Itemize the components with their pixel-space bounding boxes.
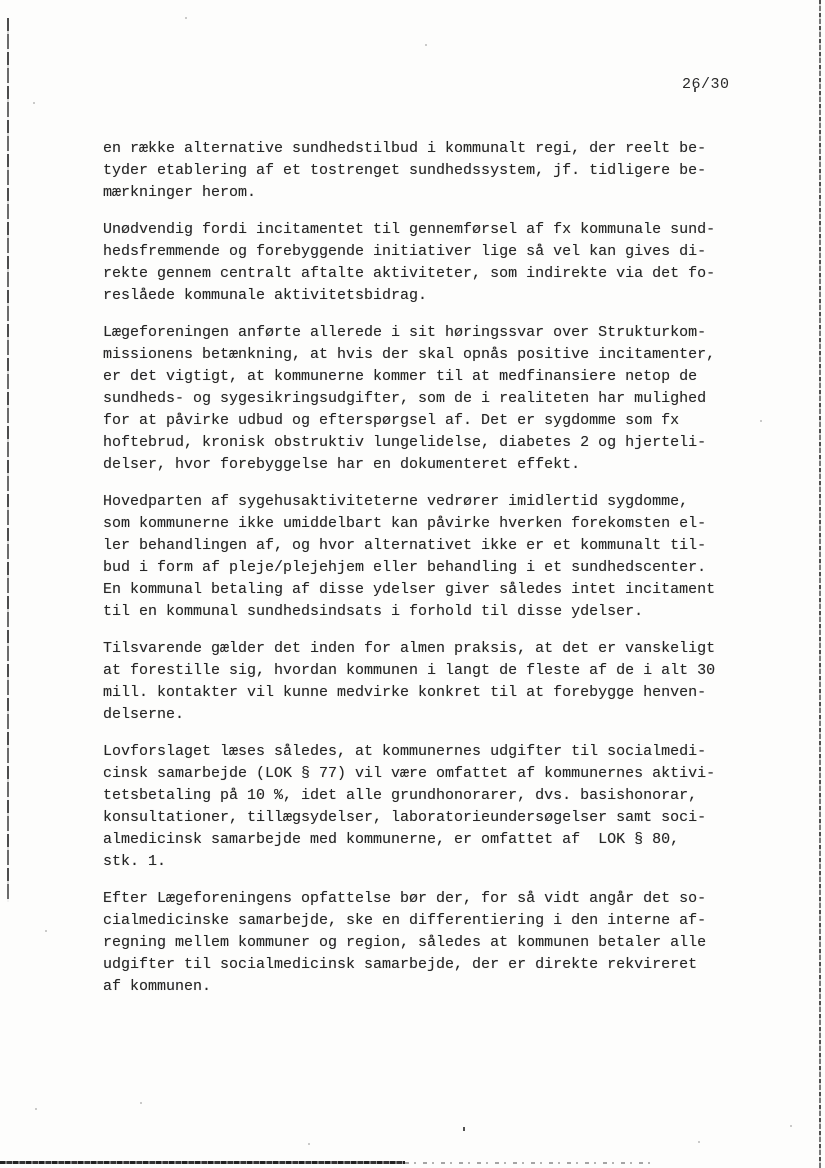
scan-speck (694, 88, 696, 92)
scan-speck (140, 1102, 142, 1104)
scanned-document-page: 26/30 en række alternative sundhedstilbu… (0, 0, 825, 1168)
scan-speck (425, 44, 427, 46)
paragraph-2: Unødvendig fordi incitamentet til gennem… (103, 219, 731, 307)
scan-speck (463, 1127, 465, 1131)
document-body: en række alternative sundhedstilbud i ko… (103, 138, 731, 1013)
scan-speck (33, 102, 35, 104)
scan-speck (35, 1108, 37, 1110)
scan-artifact-bottom-strip (0, 1161, 405, 1164)
scan-speck (185, 17, 187, 19)
page-number: 26/30 (682, 74, 730, 96)
scan-artifact-left-edge-line (7, 18, 9, 902)
scan-speck (760, 420, 762, 422)
scan-speck (790, 1125, 792, 1127)
scan-speck (698, 1141, 700, 1143)
paragraph-1: en række alternative sundhedstilbud i ko… (103, 138, 731, 204)
paragraph-5: Tilsvarende gælder det inden for almen p… (103, 638, 731, 726)
scan-speck (308, 1143, 310, 1145)
paragraph-6: Lovforslaget læses således, at kommunern… (103, 741, 731, 873)
paragraph-3: Lægeforeningen anførte allerede i sit hø… (103, 322, 731, 476)
paragraph-4: Hovedparten af sygehusaktiviteterne vedr… (103, 491, 731, 623)
paragraph-7: Efter Lægeforeningens opfattelse bør der… (103, 888, 731, 998)
scan-artifact-bottom-strip-faint (405, 1162, 655, 1164)
scan-artifact-right-edge-line (819, 0, 821, 1168)
scan-speck (45, 930, 47, 932)
